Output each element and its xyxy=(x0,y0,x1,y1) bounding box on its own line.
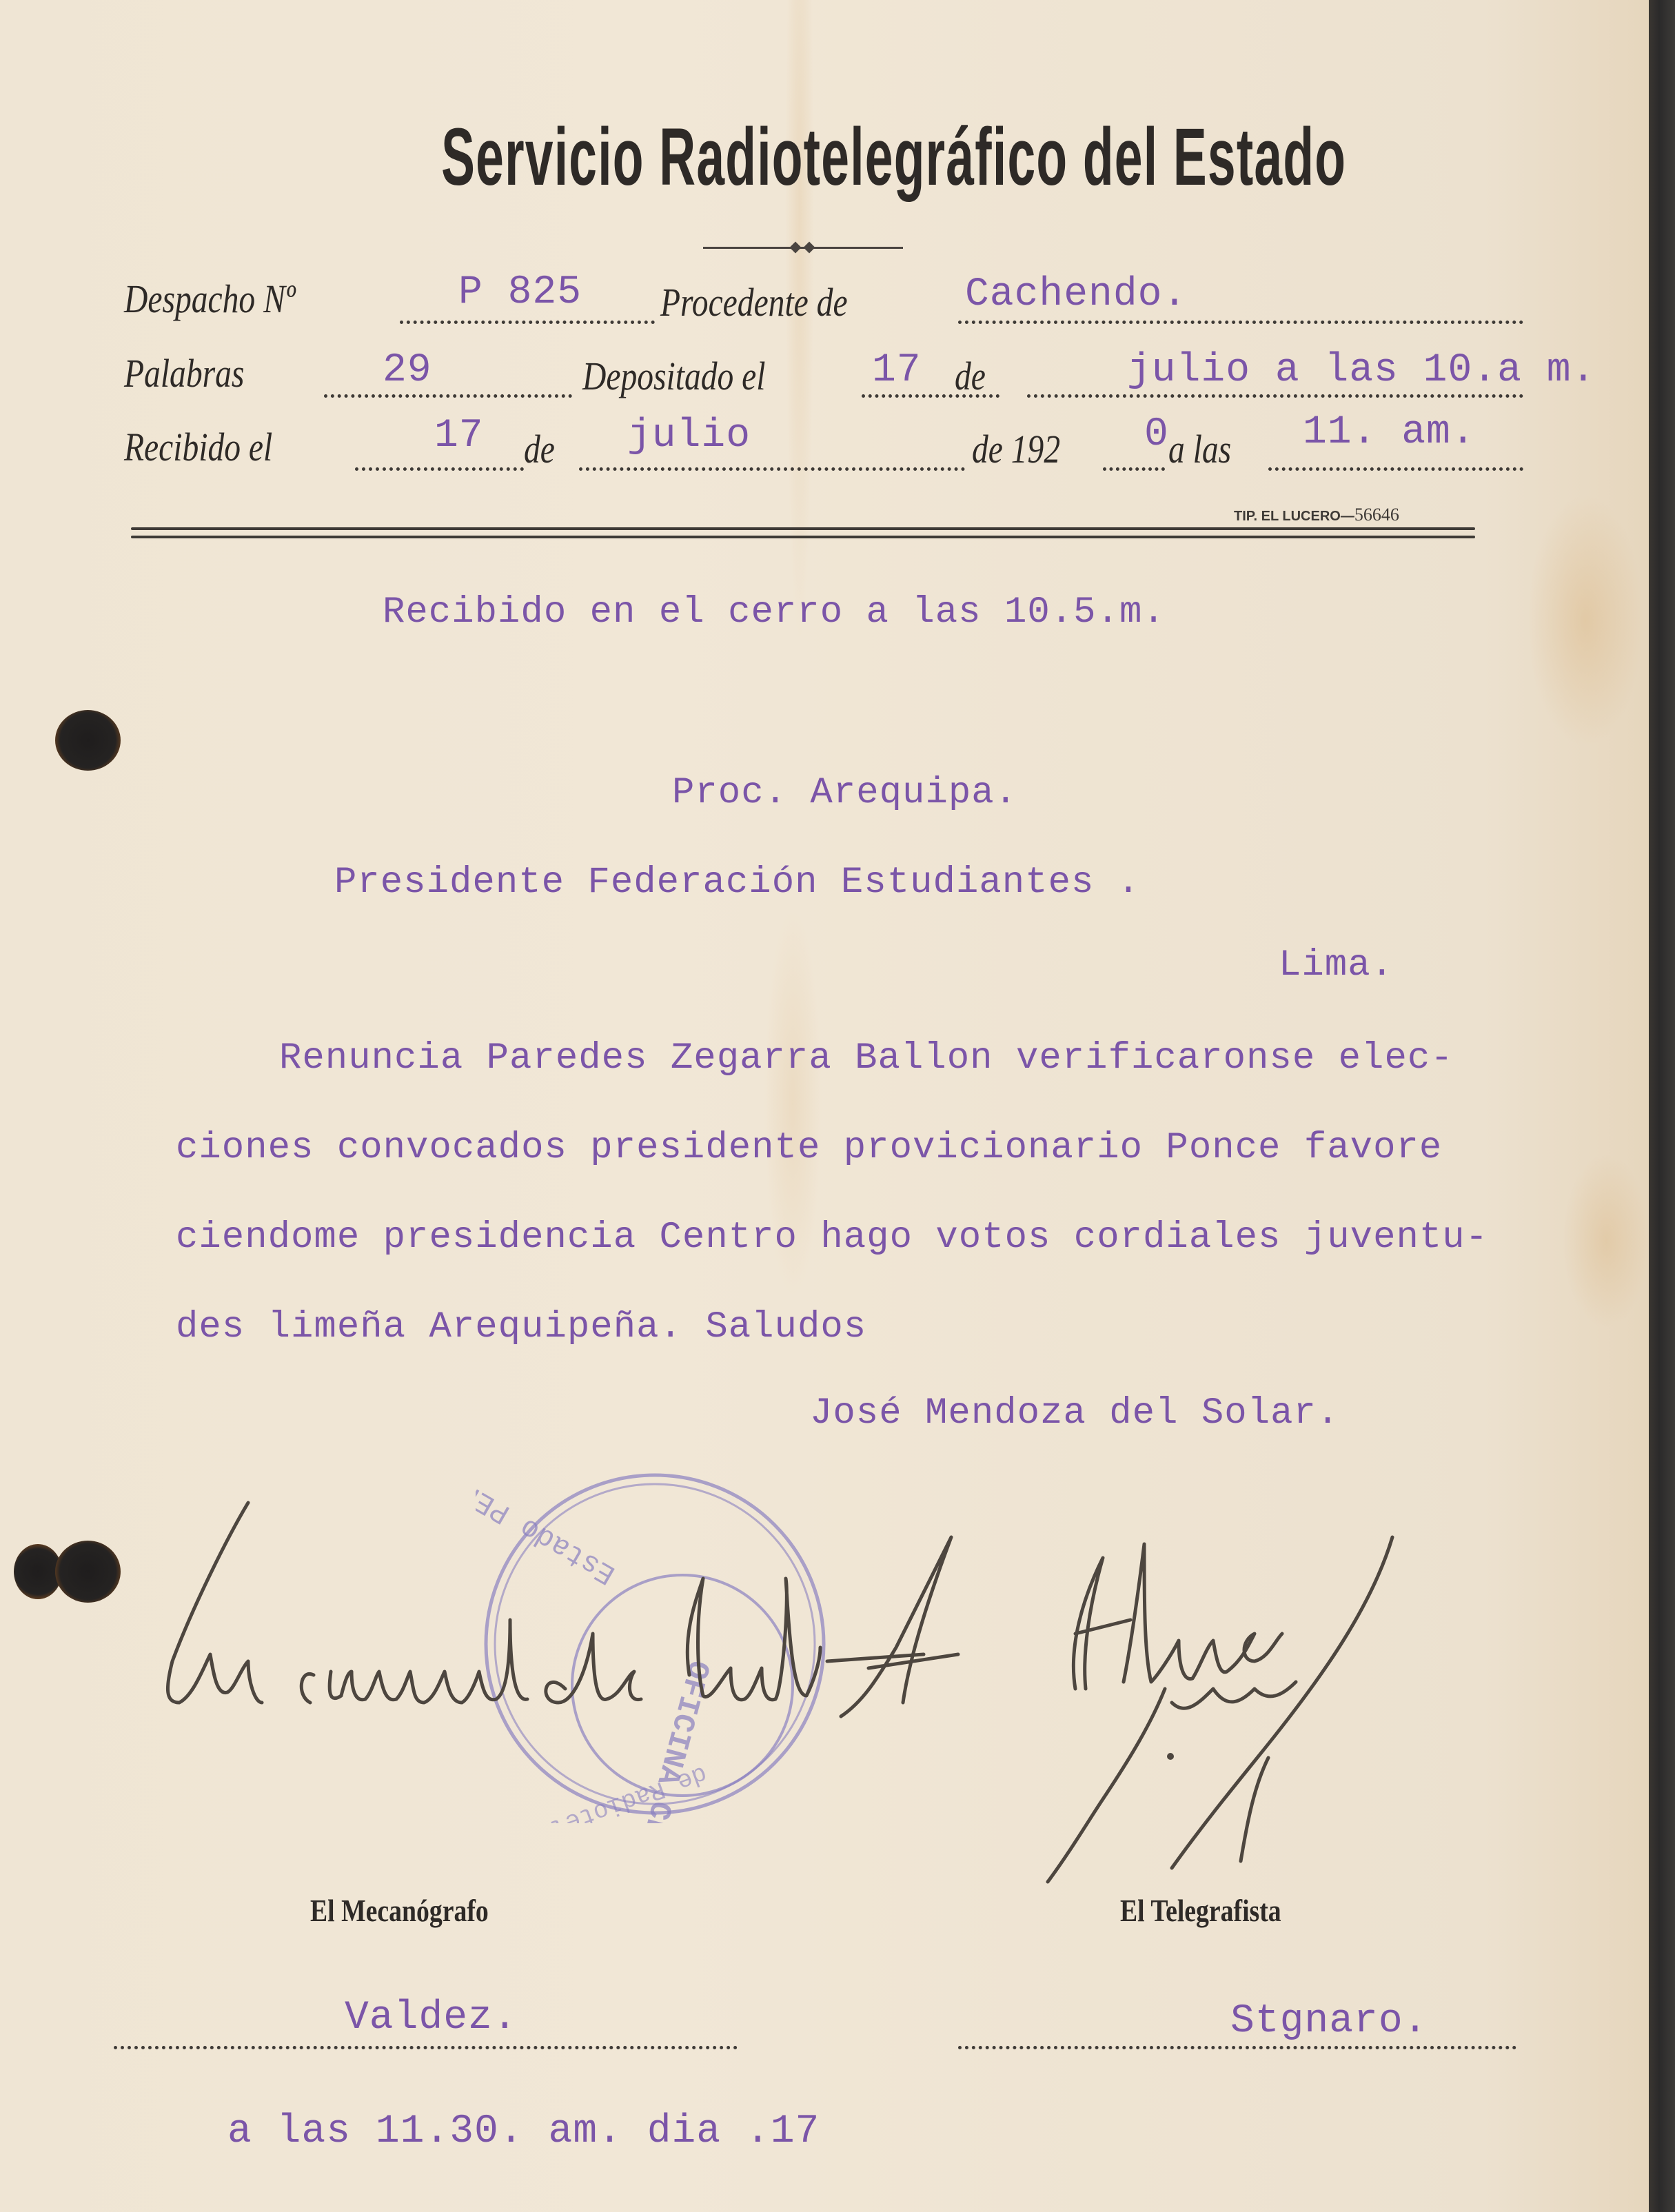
palabras-value: 29 xyxy=(383,348,432,393)
despacho-label: Despacho Nº xyxy=(124,276,296,322)
procedente-value: Cachendo. xyxy=(965,272,1187,317)
message-line-4: des limeña Arequipeña. Saludos xyxy=(176,1306,866,1348)
a-las-label: a las xyxy=(1168,426,1231,472)
recibido-time: 11. am. xyxy=(1303,410,1476,455)
year-digit: 0 xyxy=(1144,412,1169,457)
imprint-text: TIP. EL LUCERO— xyxy=(1234,509,1354,524)
mecanografo-dotted-line xyxy=(114,2046,738,2049)
punch-hole-bottom xyxy=(55,1541,121,1603)
page-edge-shadow xyxy=(1649,0,1675,2212)
document-title: Servicio Radiotelegráfico del Estado xyxy=(441,110,1206,204)
procedente-label: Procedente de xyxy=(660,279,848,325)
header-rule-bottom xyxy=(131,536,1475,538)
recibido-de-label: de xyxy=(524,426,555,472)
mecanografo-value: Valdez. xyxy=(345,1996,518,2040)
year-dotted-line xyxy=(1103,467,1165,471)
city-line: Lima. xyxy=(1279,944,1394,986)
delivery-note: a las 11.30. am. dia .17 xyxy=(227,2109,820,2154)
printer-imprint: TIP. EL LUCERO—56646 xyxy=(1234,505,1399,525)
telegrafista-dotted-line xyxy=(958,2046,1516,2049)
message-line-1: Renuncia Paredes Zegarra Ballon verifica… xyxy=(279,1037,1454,1079)
message-line-3: ciendome presidencia Centro hago votos c… xyxy=(176,1217,1488,1259)
depositado-label: Depositado el xyxy=(582,353,766,399)
recibido-time-dotted-line xyxy=(1268,467,1523,471)
signature-dot xyxy=(1167,1753,1174,1760)
palabras-label: Palabras xyxy=(124,350,244,396)
addressee-line: Presidente Federación Estudiantes . xyxy=(334,862,1140,904)
telegrafista-label: El Telegrafista xyxy=(1120,1892,1281,1929)
imprint-number: 56646 xyxy=(1354,505,1399,525)
mecanografo-label: El Mecanógrafo xyxy=(310,1892,489,1929)
origin-line: Proc. Arequipa. xyxy=(672,772,1017,814)
recibido-day-dotted-line xyxy=(355,467,524,471)
received-note: Recibido en el cerro a las 10.5.m. xyxy=(383,591,1166,633)
recibido-month-dotted-line xyxy=(579,467,965,471)
message-line-2: ciones convocados presidente provicionar… xyxy=(176,1127,1442,1169)
recibido-month: julio xyxy=(627,414,751,458)
recibido-day: 17 xyxy=(434,414,484,458)
depositado-month-dotted-line xyxy=(1027,394,1523,398)
recibido-label: Recibido el xyxy=(124,424,272,470)
depositado-month-time: julio a las 10.a m. xyxy=(1127,348,1596,393)
palabras-dotted-line xyxy=(324,394,572,398)
procedente-dotted-line xyxy=(958,321,1523,324)
header-rule-top xyxy=(131,527,1475,530)
depositado-de-label: de xyxy=(955,353,986,399)
title-ornament-rule xyxy=(703,247,903,249)
handwritten-note xyxy=(152,1496,1434,1909)
despacho-dotted-line xyxy=(400,321,655,324)
punch-hole-top xyxy=(55,710,121,771)
depositado-day: 17 xyxy=(872,348,922,393)
telegrafista-value: Stgnaro. xyxy=(1230,1999,1428,2044)
despacho-value: P 825 xyxy=(458,270,582,315)
year-label: de 192 xyxy=(972,426,1060,472)
sender-signature: José Mendoza del Solar. xyxy=(810,1392,1339,1434)
